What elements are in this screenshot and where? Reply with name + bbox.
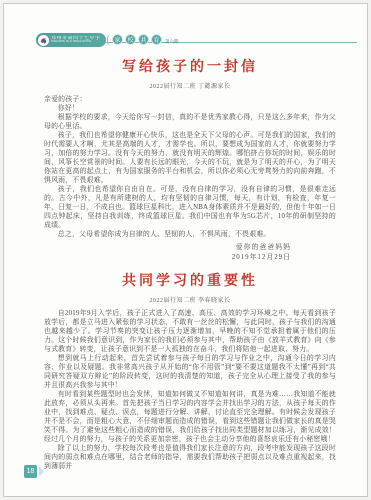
article-letter-to-child: 写给孩子的一封信 2022届行知二班 丁懿源家长 亲爱的孩子： 你好！ 根据学校…: [44, 60, 336, 263]
article-title: 共同学习的重要性: [44, 274, 336, 291]
section-circle-3: 共: [138, 34, 149, 45]
salutation: 亲爱的孩子：: [44, 95, 336, 104]
issue-label: 第六期: [165, 39, 179, 45]
paragraph: 总之，父母希望你成为自律的人、坚韧的人，不惧风雨，不畏艰难。: [44, 230, 336, 239]
signature-date: 2019年12月29日: [44, 253, 291, 263]
newsletter-page: 郑州市第四十七中学 ZHENGZHOU NO.47 MIDDLE SCHOOL …: [3, 3, 368, 497]
paragraph: 想到就马上行动起来，首先尝试着参与孩子每日的学习与作业之中，沟通今日的学习内容、…: [44, 354, 336, 390]
section-circle-2: 校: [125, 34, 136, 45]
page-content: 写给孩子的一封信 2022届行知二班 丁懿源家长 亲爱的孩子： 你好！ 根据学校…: [44, 60, 336, 471]
article-body: 亲爱的孩子： 你好！ 根据学校的要求，今天给你写一封信，真的不是优秀家教心得，只…: [44, 95, 336, 239]
page-header: 郑州市第四十七中学 ZHENGZHOU NO.47 MIDDLE SCHOOL …: [4, 32, 367, 50]
section-circle-4: 育: [151, 34, 162, 45]
page-number-badge: 18: [24, 465, 37, 478]
article-byline: 2022届行知二班 李春晓家长: [44, 295, 336, 304]
section-circles: 家 校 共 育: [112, 34, 162, 45]
paragraph: 孩子，我们也希望你健康开心快乐，这也是全天下父母的心声。可是我们的国家，我们的时…: [44, 131, 336, 185]
paragraph: 自2019年9月入学后，孩子正式进入了高速、高压、高效的学习环境之中。每天看到孩…: [44, 309, 336, 354]
paragraph: 有时看到某些题型时也会发怵，知道如何做又不知道如何讲，真是为难……我知道不能就此…: [44, 390, 336, 444]
school-banner: 郑州市第四十七中学 ZHENGZHOU NO.47 MIDDLE SCHOOL: [36, 33, 106, 47]
signature-block: 爱你的爸爸妈妈 2019年12月29日: [44, 243, 291, 263]
article-byline: 2022届行知二班 丁懿源家长: [44, 81, 336, 90]
paragraph: 孩子，我们也希望你自由自在。可是，没有自律的学习，没有自律的习惯，是很难走远的。…: [44, 185, 336, 230]
paragraph: 除了以上的努力，学校每次段考也是值得我们家长注意的方向，段考中能发现孩子这段时间…: [44, 444, 336, 471]
greeting: 你好！: [44, 104, 336, 113]
school-name-english: ZHENGZHOU NO.47 MIDDLE SCHOOL: [51, 41, 96, 43]
article-title: 写给孩子的一封信: [44, 60, 336, 77]
section-circle-1: 家: [112, 34, 123, 45]
school-name-block: 郑州市第四十七中学 ZHENGZHOU NO.47 MIDDLE SCHOOL: [51, 36, 101, 44]
article-body: 自2019年9月入学后，孩子正式进入了高速、高压、高效的学习环境之中。每天看到孩…: [44, 309, 336, 471]
signature: 爱你的爸爸妈妈: [44, 243, 291, 253]
article-learning-together: 共同学习的重要性 2022届行知二班 李春晓家长 自2019年9月入学后，孩子正…: [44, 274, 336, 471]
paragraph: 根据学校的要求，今天给你写一封信，真的不是优秀家教心得，只是这么多年来，作为父母…: [44, 113, 336, 131]
school-logo-icon: [38, 35, 49, 46]
